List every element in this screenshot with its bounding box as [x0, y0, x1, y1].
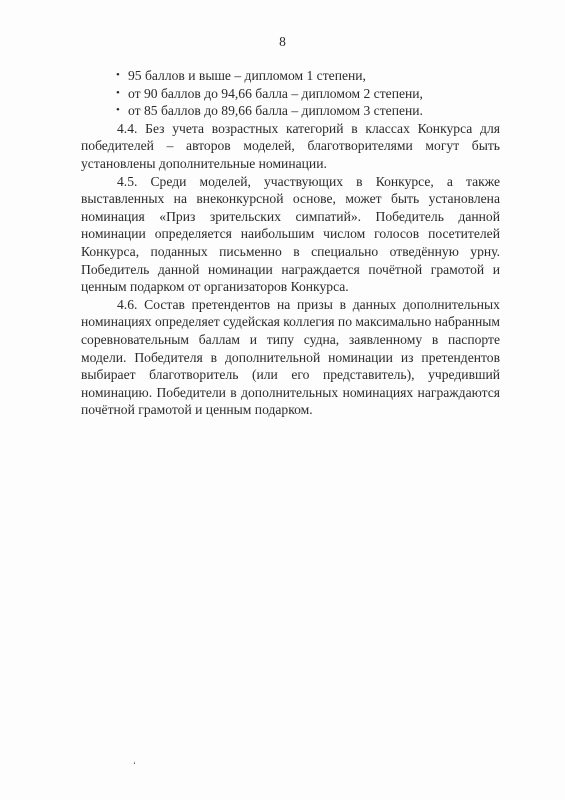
- list-item-text: от 90 баллов до 94,66 балла – дипломом 2…: [128, 86, 423, 101]
- bullet-icon: •: [116, 85, 120, 103]
- clause-number: 4.4.: [117, 121, 137, 136]
- list-item: • от 85 баллов до 89,66 балла – дипломом…: [81, 102, 500, 120]
- document-body: • 95 баллов и выше – дипломом 1 степени,…: [81, 67, 500, 419]
- bullet-icon: •: [116, 102, 120, 120]
- clause-number: 4.6.: [117, 297, 137, 312]
- list-item-text: от 85 баллов до 89,66 балла – дипломом 3…: [128, 103, 423, 118]
- list-item-text: 95 баллов и выше – дипломом 1 степени,: [128, 68, 366, 83]
- page-number: 8: [0, 33, 565, 50]
- list-item: • от 90 баллов до 94,66 балла – дипломом…: [81, 85, 500, 103]
- bullet-icon: •: [116, 67, 120, 85]
- clause-number: 4.5.: [117, 174, 137, 189]
- clause-4-5: 4.5. Среди моделей, участвующих в Конкур…: [81, 173, 500, 296]
- clause-4-6: 4.6. Состав претендентов на призы в данн…: [81, 296, 500, 419]
- clause-4-4: 4.4. Без учета возрастных категорий в кл…: [81, 120, 500, 173]
- scan-artifact-mark: ʻ: [133, 762, 137, 768]
- diploma-criteria-list: • 95 баллов и выше – дипломом 1 степени,…: [81, 67, 500, 120]
- clause-text: Состав претендентов на призы в данных до…: [81, 297, 500, 418]
- list-item: • 95 баллов и выше – дипломом 1 степени,: [81, 67, 500, 85]
- clause-text: Среди моделей, участвующих в Конкурсе, а…: [81, 174, 500, 295]
- clause-text: Без учета возрастных категорий в классах…: [81, 121, 500, 171]
